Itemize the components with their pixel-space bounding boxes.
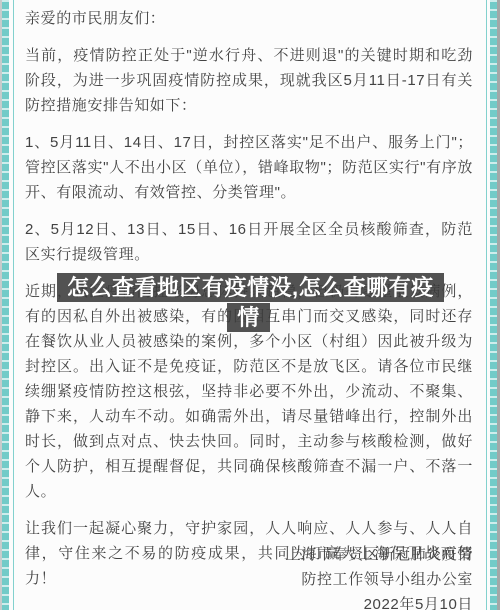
signature-org-line-2: 防控工作领导小组办公室: [173, 567, 473, 592]
paragraph-item-2: 2、5月12日、13日、15日、16日开展全区全员核酸筛查，防范区实行提级管理。: [25, 217, 473, 267]
paragraph-item-1: 1、5月11日、14日、17日，封控区落实"足不出户、服务上门"；管控区落实"人…: [25, 130, 473, 205]
left-border-line: [13, 0, 14, 610]
signature-block: 上海市奉贤区新冠肺炎疫情 防控工作领导小组办公室 2022年5月10日: [173, 542, 473, 610]
signature-date: 2022年5月10日: [173, 592, 473, 610]
right-border-line: [486, 0, 487, 610]
notice-page: 亲爱的市民朋友们： 当前，疫情防控正处于"逆水行舟、不进则退"的关键时期和吃劲阶…: [0, 0, 500, 610]
overlay-title-banner: 怎么查看地区有疫情没,怎么查哪有疫情: [57, 274, 440, 334]
right-border-stripe: [490, 0, 497, 610]
left-border-stripe: [2, 0, 9, 610]
paragraph-intro: 当前，疫情防控正处于"逆水行舟、不进则退"的关键时期和吃劲阶段，为进一步巩固疫情…: [25, 43, 473, 118]
overlay-title: 怎么查看地区有疫情没,怎么查哪有疫情: [57, 273, 444, 332]
salutation: 亲爱的市民朋友们：: [25, 6, 473, 31]
signature-org-line-1: 上海市奉贤区新冠肺炎疫情: [173, 542, 473, 567]
